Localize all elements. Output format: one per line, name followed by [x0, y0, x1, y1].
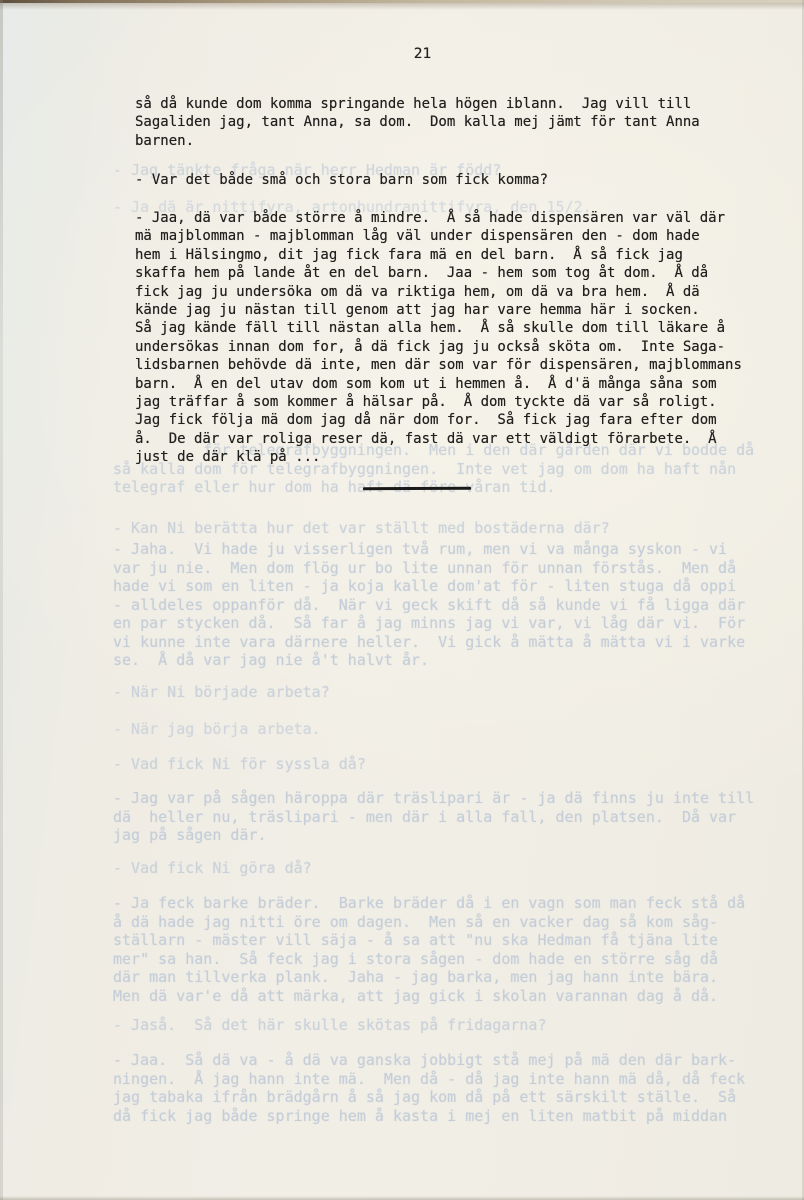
- scan-edge-left: [0, 0, 3, 1200]
- section-divider-line: [363, 487, 471, 490]
- text-line: - Jaa. Så dä va - å dä va ganska jobbigt…: [113, 1051, 745, 1070]
- text-line: ningen. Å jag hann inte mä. Men då - då …: [113, 1070, 745, 1089]
- bleed-through-paragraph-sagen: - Jag var på sågen häroppa där träslipar…: [113, 789, 754, 845]
- bleed-through-question-borjade-arbeta: - När Ni började arbeta?: [113, 683, 330, 702]
- text-line: jag på sågen där.: [113, 826, 754, 845]
- scan-edge-bottom: [0, 1196, 804, 1200]
- scan-edge-top-shadow: [0, 3, 804, 10]
- paragraph-answer: - Jaa, dä var både större å mindre. Å så…: [135, 209, 742, 467]
- bleed-through-question-bostader: - Kan Ni berätta hur det var ställt med …: [113, 519, 610, 538]
- text-line: jag träffar å som kommer å hälsar på. Å …: [135, 393, 742, 411]
- scanned-document-page: - Jag tänkte fråga när herr Hedman är fö…: [0, 0, 804, 1200]
- text-line: undersökas innan dom for, å dä fick jag …: [135, 338, 742, 356]
- text-line: Sagaliden jag, tant Anna, sa dom. Dom ka…: [135, 113, 700, 131]
- bleed-through-paragraph-barkningen: - Jaa. Så dä va - å dä va ganska jobbigt…: [113, 1051, 745, 1125]
- text-line: Men dä var'e då att märka, att jag gick …: [113, 987, 745, 1006]
- text-line: - Jaha. Vi hade ju visserligen två rum, …: [113, 540, 745, 559]
- page-number: 21: [135, 46, 710, 62]
- text-line: kände jag ju nästan till genom att jag h…: [135, 301, 742, 319]
- text-line: - Jag var på sågen häroppa där träslipar…: [113, 789, 754, 808]
- text-line: mer" sa han. Så feck jag i stora sågen -…: [113, 950, 745, 969]
- paragraph-intro: så då kunde dom komma springande hela hö…: [135, 95, 700, 150]
- text-line: Jag fick följa mä dom jag då när dom for…: [135, 411, 742, 429]
- text-line: lidsbarnen behövde dä inte, men där som …: [135, 356, 742, 374]
- text-line: skaffa hem på lande åt en del barn. Jaa …: [135, 264, 742, 282]
- text-line: - Jaa, dä var både större å mindre. Å så…: [135, 209, 742, 227]
- text-line: barnen.: [135, 132, 700, 150]
- bleed-through-question-gora: - Vad fick Ni göra då?: [113, 859, 312, 878]
- text-line: fick jag ju undersöka om dä va riktiga h…: [135, 283, 742, 301]
- text-line: så då kunde dom komma springande hela hö…: [135, 95, 700, 113]
- bleed-through-question-fridagarna: - Jaså. Så det här skulle skötas på frid…: [113, 1016, 546, 1035]
- text-line: se. Å då var jag nie å't halvt år.: [113, 651, 745, 670]
- text-line: då fick jag både springe hem å kasta i m…: [113, 1107, 745, 1126]
- interview-question-barn: - Var det både små och stora barn som fi…: [135, 171, 548, 189]
- bleed-through-paragraph-barka: - Ja feck barke bräder. Barke bräder då …: [113, 894, 745, 1005]
- text-line: ställarn - mäster vill säja - å sa att "…: [113, 931, 745, 950]
- text-line: Så jag kände fäll till nästan alla hem. …: [135, 319, 742, 337]
- text-line: å dä hade jag nitti öre om dagen. Men så…: [113, 913, 745, 932]
- text-line: jag tabaka ifrån brädgårn å så jag kom d…: [113, 1088, 745, 1107]
- text-line: hade vi som en liten - ja koja kalle dom…: [113, 577, 745, 596]
- text-line: barn. Å en del utav dom som kom ut i hem…: [135, 375, 742, 393]
- bleed-through-answer-borja-arbeta: - När jag börja arbeta.: [113, 720, 321, 739]
- text-line: å. De där var roliga reser dä, fast dä v…: [135, 430, 742, 448]
- text-line: där man tillverka plank. Jaha - jag bark…: [113, 968, 745, 987]
- text-line: dä heller nu, träslipari - men där i all…: [113, 808, 754, 827]
- text-line: - Ja feck barke bräder. Barke bräder då …: [113, 894, 745, 913]
- text-line: en par stycken då. Så far å jag minns ja…: [113, 614, 745, 633]
- text-line: just de där klä på ...: [135, 448, 742, 466]
- bleed-through-question-syssla: - Vad fick Ni för syssla då?: [113, 755, 366, 774]
- text-line: vi kunne inte vara därnere heller. Vi gi…: [113, 633, 745, 652]
- text-line: var ju nie. Men dom flög ur bo lite unna…: [113, 559, 745, 578]
- text-line: mä majblomman - majblomman låg väl under…: [135, 227, 742, 245]
- bleed-through-paragraph-rum: - Jaha. Vi hade ju visserligen två rum, …: [113, 540, 745, 670]
- text-line: - alldeles oppanför då. När vi geck skif…: [113, 596, 745, 615]
- text-line: hem i Hälsingmo, dit jag fick fara mä en…: [135, 246, 742, 264]
